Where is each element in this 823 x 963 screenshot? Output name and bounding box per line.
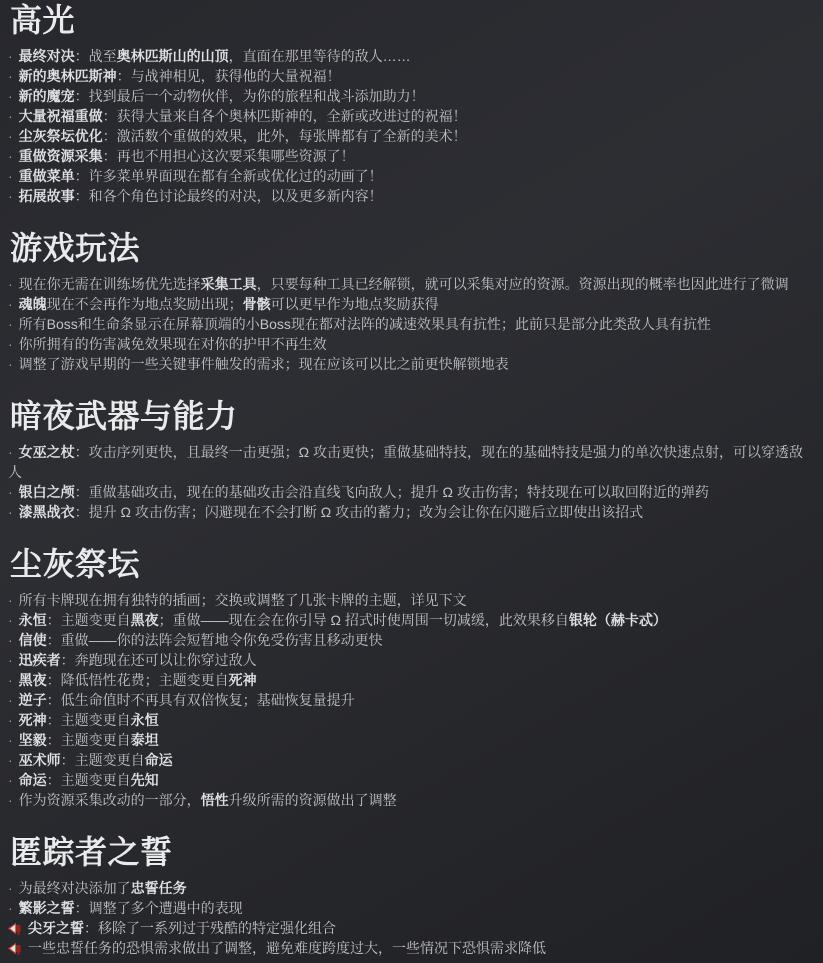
section-title: 尘灰祭坛 bbox=[10, 544, 815, 584]
bullet-dot: · bbox=[8, 770, 13, 790]
emphasis-text: 新的奥林匹斯神 bbox=[19, 68, 117, 84]
bullet-dot: · bbox=[8, 630, 13, 650]
item-text: 信使：重做——你的法阵会短暂地令你免受伤害且移动更快 bbox=[19, 632, 383, 648]
bullet-dot: · bbox=[8, 790, 13, 810]
bullet-dot: · bbox=[8, 86, 13, 106]
list-item: 一些忠誓任务的恐惧需求做出了调整，避免难度跨度过大，一些情况下恐惧需求降低 bbox=[8, 938, 815, 958]
item-text: 逆子：低生命值时不再具有双倍恢复；基础恢复量提升 bbox=[19, 692, 355, 708]
bullet-dot: · bbox=[8, 590, 13, 610]
emphasis-text: 巫术师 bbox=[19, 752, 61, 768]
list-item: ·死神：主题变更自永恒 bbox=[8, 710, 815, 730]
body-text: ：找到最后一个动物伙伴，为你的旅程和战斗添加助力！ bbox=[75, 88, 425, 104]
section-items: ·现在你无需在训练场优先选择采集工具，只要每种工具已经解锁，就可以采集对应的资源… bbox=[8, 274, 815, 374]
body-text: 调整了游戏早期的一些关键事件触发的需求；现在应该可以比之前更快解锁地表 bbox=[19, 356, 509, 372]
bullet-dot: · bbox=[8, 670, 13, 690]
item-text: 大量祝福重做：获得大量来自各个奥林匹斯神的，全新或改进过的祝福！ bbox=[19, 108, 467, 124]
body-text: ：获得大量来自各个奥林匹斯神的，全新或改进过的祝福！ bbox=[103, 108, 467, 124]
megaphone-icon bbox=[8, 938, 23, 958]
emphasis-text: 泰坦 bbox=[131, 732, 159, 748]
item-text: 为最终对决添加了忠誓任务 bbox=[19, 880, 187, 896]
section-title: 匿踪者之誓 bbox=[10, 832, 815, 872]
bullet-dot: · bbox=[8, 502, 13, 522]
list-item: ·重做资源采集：再也不用担心这次要采集哪些资源了！ bbox=[8, 146, 815, 166]
emphasis-text: 命运 bbox=[19, 772, 47, 788]
emphasis-text: 忠誓任务 bbox=[131, 880, 187, 896]
body-text: ：主题变更自 bbox=[47, 772, 131, 788]
list-item: ·尘灰祭坛优化：激活数个重做的效果，此外，每张牌都有了全新的美术！ bbox=[8, 126, 815, 146]
emphasis-text: 永恒 bbox=[131, 712, 159, 728]
bullet-dot: · bbox=[8, 442, 13, 462]
item-text: 一些忠誓任务的恐惧需求做出了调整，避免难度跨度过大，一些情况下恐惧需求降低 bbox=[28, 940, 546, 956]
item-text: 命运：主题变更自先知 bbox=[19, 772, 159, 788]
emphasis-text: 大量祝福重做 bbox=[19, 108, 103, 124]
emphasis-text: 重做菜单 bbox=[19, 168, 75, 184]
item-text: 迅疾者：奔跑现在还可以让你穿过敌人 bbox=[19, 652, 257, 668]
item-text: 魂魄现在不会再作为地点奖励出现；骨骸可以更早作为地点奖励获得 bbox=[19, 296, 439, 312]
emphasis-text: 先知 bbox=[131, 772, 159, 788]
item-text: 重做资源采集：再也不用担心这次要采集哪些资源了！ bbox=[19, 148, 355, 164]
emphasis-text: 女巫之杖 bbox=[19, 444, 75, 460]
item-text: 你所拥有的伤害减免效果现在对你的护甲不再生效 bbox=[19, 336, 327, 352]
item-text: 新的魔宠：找到最后一个动物伙伴，为你的旅程和战斗添加助力！ bbox=[19, 88, 425, 104]
item-text: 尖牙之誓：移除了一系列过于残酷的特定强化组合 bbox=[28, 920, 336, 936]
list-item: ·繁影之誓：调整了多个遭遇中的表现 bbox=[8, 898, 815, 918]
list-item: ·重做菜单：许多菜单界面现在都有全新或优化过的动画了！ bbox=[8, 166, 815, 186]
list-item: ·黑夜：降低悟性花费；主题变更自死神 bbox=[8, 670, 815, 690]
body-text: ：主题变更自 bbox=[47, 712, 131, 728]
emphasis-text: 死神 bbox=[229, 672, 257, 688]
patch-section: 匿踪者之誓 ·为最终对决添加了忠誓任务 ·繁影之誓：调整了多个遭遇中的表现 尖牙… bbox=[8, 832, 815, 958]
body-text: ：调整了多个遭遇中的表现 bbox=[75, 900, 243, 916]
body-text: ：主题变更自 bbox=[47, 612, 131, 628]
list-item: ·永恒：主题变更自黑夜；重做——现在会在你引导 Ω 招式时使周围一切减缓，此效果… bbox=[8, 610, 815, 630]
list-item: ·你所拥有的伤害减免效果现在对你的护甲不再生效 bbox=[8, 334, 815, 354]
emphasis-text: 骨骸 bbox=[243, 296, 271, 312]
bullet-dot: · bbox=[8, 610, 13, 630]
bullet-dot: · bbox=[8, 66, 13, 86]
bullet-dot: · bbox=[8, 730, 13, 750]
list-item: ·现在你无需在训练场优先选择采集工具，只要每种工具已经解锁，就可以采集对应的资源… bbox=[8, 274, 815, 294]
section-items: ·为最终对决添加了忠誓任务 ·繁影之誓：调整了多个遭遇中的表现 尖牙之誓：移除了… bbox=[8, 878, 815, 958]
body-text: ：奔跑现在还可以让你穿过敌人 bbox=[61, 652, 257, 668]
emphasis-text: 永恒 bbox=[19, 612, 47, 628]
item-text: 所有Boss和生命条显示在屏幕顶端的小Boss现在都对法阵的减速效果具有抗性；此… bbox=[19, 316, 711, 332]
list-item: 尖牙之誓：移除了一系列过于残酷的特定强化组合 bbox=[8, 918, 815, 938]
list-item: ·信使：重做——你的法阵会短暂地令你免受伤害且移动更快 bbox=[8, 630, 815, 650]
body-text: ：再也不用担心这次要采集哪些资源了！ bbox=[103, 148, 355, 164]
bullet-dot: · bbox=[8, 690, 13, 710]
bullet-dot: · bbox=[8, 650, 13, 670]
megaphone-icon bbox=[8, 918, 23, 938]
section-items: ·女巫之杖：攻击序列更快，且最终一击更强；Ω 攻击更快；重做基础特技，现在的基础… bbox=[8, 442, 815, 522]
body-text: ：主题变更自 bbox=[61, 752, 145, 768]
body-text: ：主题变更自 bbox=[47, 732, 131, 748]
body-text: ：攻击序列更快，且最终一击更强；Ω 攻击更快；重做基础特技，现在的基础特技是强力… bbox=[8, 444, 803, 480]
item-text: 黑夜：降低悟性花费；主题变更自死神 bbox=[19, 672, 257, 688]
body-text: ：与战神相见，获得他的大量祝福！ bbox=[117, 68, 341, 84]
list-item: ·银白之颅：重做基础攻击，现在的基础攻击会沿直线飞向敌人；提升 Ω 攻击伤害；特… bbox=[8, 482, 815, 502]
body-text: ：低生命值时不再具有双倍恢复；基础恢复量提升 bbox=[47, 692, 355, 708]
patch-section: 游戏玩法 ·现在你无需在训练场优先选择采集工具，只要每种工具已经解锁，就可以采集… bbox=[8, 228, 815, 374]
emphasis-text: 拓展故事 bbox=[19, 188, 75, 204]
emphasis-text: 最终对决 bbox=[19, 48, 75, 64]
body-text: 现在你无需在训练场优先选择 bbox=[19, 276, 201, 292]
body-text: 作为资源采集改动的一部分， bbox=[19, 792, 201, 808]
body-text: 升级所需的资源做出了调整 bbox=[229, 792, 397, 808]
item-text: 所有卡牌现在拥有独特的插画；交换或调整了几张卡牌的主题，详见下文 bbox=[19, 592, 467, 608]
list-item: ·命运：主题变更自先知 bbox=[8, 770, 815, 790]
patch-notes: 高光 ·最终对决：战至奥林匹斯山的山顶，直面在那里等待的敌人…… ·新的奥林匹斯… bbox=[0, 0, 823, 958]
emphasis-text: 魂魄 bbox=[19, 296, 47, 312]
item-text: 坚毅：主题变更自泰坦 bbox=[19, 732, 159, 748]
list-item: ·最终对决：战至奥林匹斯山的山顶，直面在那里等待的敌人…… bbox=[8, 46, 815, 66]
item-text: 最终对决：战至奥林匹斯山的山顶，直面在那里等待的敌人…… bbox=[19, 48, 411, 64]
bullet-dot: · bbox=[8, 146, 13, 166]
section-title: 暗夜武器与能力 bbox=[10, 396, 815, 436]
list-item: ·调整了游戏早期的一些关键事件触发的需求；现在应该可以比之前更快解锁地表 bbox=[8, 354, 815, 374]
body-text: ：和各个角色讨论最终的对决，以及更多新内容！ bbox=[75, 188, 383, 204]
list-item: ·漆黑战衣：提升 Ω 攻击伤害；闪避现在不会打断 Ω 攻击的蓄力；改为会让你在闪… bbox=[8, 502, 815, 522]
list-item: ·新的奥林匹斯神：与战神相见，获得他的大量祝福！ bbox=[8, 66, 815, 86]
item-text: 漆黑战衣：提升 Ω 攻击伤害；闪避现在不会打断 Ω 攻击的蓄力；改为会让你在闪避… bbox=[19, 504, 644, 520]
list-item: ·逆子：低生命值时不再具有双倍恢复；基础恢复量提升 bbox=[8, 690, 815, 710]
body-text: 一些忠誓任务的恐惧需求做出了调整，避免难度跨度过大，一些情况下恐惧需求降低 bbox=[28, 940, 546, 956]
bullet-dot: · bbox=[8, 482, 13, 502]
item-text: 尘灰祭坛优化：激活数个重做的效果，此外，每张牌都有了全新的美术！ bbox=[19, 128, 467, 144]
item-text: 新的奥林匹斯神：与战神相见，获得他的大量祝福！ bbox=[19, 68, 341, 84]
bullet-dot: · bbox=[8, 126, 13, 146]
section-items: ·所有卡牌现在拥有独特的插画；交换或调整了几张卡牌的主题，详见下文 ·永恒：主题… bbox=[8, 590, 815, 810]
emphasis-text: 坚毅 bbox=[19, 732, 47, 748]
body-text: 所有Boss和生命条显示在屏幕顶端的小Boss现在都对法阵的减速效果具有抗性；此… bbox=[19, 316, 711, 332]
emphasis-text: 漆黑战衣 bbox=[19, 504, 75, 520]
bullet-dot: · bbox=[8, 898, 13, 918]
body-text: ：许多菜单界面现在都有全新或优化过的动画了！ bbox=[75, 168, 383, 184]
item-text: 重做菜单：许多菜单界面现在都有全新或优化过的动画了！ bbox=[19, 168, 383, 184]
item-text: 死神：主题变更自永恒 bbox=[19, 712, 159, 728]
bullet-dot: · bbox=[8, 314, 13, 334]
body-text: 为最终对决添加了 bbox=[19, 880, 131, 896]
body-text: ：重做——你的法阵会短暂地令你免受伤害且移动更快 bbox=[47, 632, 383, 648]
list-item: ·巫术师：主题变更自命运 bbox=[8, 750, 815, 770]
patch-section: 尘灰祭坛 ·所有卡牌现在拥有独特的插画；交换或调整了几张卡牌的主题，详见下文 ·… bbox=[8, 544, 815, 810]
bullet-dot: · bbox=[8, 106, 13, 126]
bullet-dot: · bbox=[8, 750, 13, 770]
list-item: ·新的魔宠：找到最后一个动物伙伴，为你的旅程和战斗添加助力！ bbox=[8, 86, 815, 106]
list-item: ·所有Boss和生命条显示在屏幕顶端的小Boss现在都对法阵的减速效果具有抗性；… bbox=[8, 314, 815, 334]
list-item: ·为最终对决添加了忠誓任务 bbox=[8, 878, 815, 898]
list-item: ·魂魄现在不会再作为地点奖励出现；骨骸可以更早作为地点奖励获得 bbox=[8, 294, 815, 314]
item-text: 现在你无需在训练场优先选择采集工具，只要每种工具已经解锁，就可以采集对应的资源。… bbox=[19, 276, 789, 292]
body-text: ；重做——现在会在你引导 Ω 招式时使周围一切减缓，此效果移自 bbox=[159, 612, 569, 628]
emphasis-text: 尘灰祭坛优化 bbox=[19, 128, 103, 144]
item-text: 巫术师：主题变更自命运 bbox=[19, 752, 173, 768]
body-text: ：重做基础攻击，现在的基础攻击会沿直线飞向敌人；提升 Ω 攻击伤害；特技现在可以… bbox=[75, 484, 709, 500]
section-title: 高光 bbox=[10, 0, 815, 40]
list-item: ·女巫之杖：攻击序列更快，且最终一击更强；Ω 攻击更快；重做基础特技，现在的基础… bbox=[8, 442, 815, 482]
body-text: ，直面在那里等待的敌人…… bbox=[229, 48, 411, 64]
emphasis-text: 黑夜 bbox=[19, 672, 47, 688]
body-text: ，只要每种工具已经解锁，就可以采集对应的资源。资源出现的概率也因此进行了微调 bbox=[257, 276, 789, 292]
emphasis-text: 命运 bbox=[145, 752, 173, 768]
bullet-dot: · bbox=[8, 294, 13, 314]
item-text: 拓展故事：和各个角色讨论最终的对决，以及更多新内容！ bbox=[19, 188, 383, 204]
list-item: ·大量祝福重做：获得大量来自各个奥林匹斯神的，全新或改进过的祝福！ bbox=[8, 106, 815, 126]
bullet-dot: · bbox=[8, 186, 13, 206]
emphasis-text: 奥林匹斯山的山顶 bbox=[117, 48, 229, 64]
section-items: ·最终对决：战至奥林匹斯山的山顶，直面在那里等待的敌人…… ·新的奥林匹斯神：与… bbox=[8, 46, 815, 206]
emphasis-text: 悟性 bbox=[201, 792, 229, 808]
bullet-dot: · bbox=[8, 46, 13, 66]
emphasis-text: 迅疾者 bbox=[19, 652, 61, 668]
list-item: ·迅疾者：奔跑现在还可以让你穿过敌人 bbox=[8, 650, 815, 670]
body-text: 现在不会再作为地点奖励出现； bbox=[47, 296, 243, 312]
emphasis-text: 采集工具 bbox=[201, 276, 257, 292]
body-text: ：激活数个重做的效果，此外，每张牌都有了全新的美术！ bbox=[103, 128, 467, 144]
emphasis-text: 信使 bbox=[19, 632, 47, 648]
emphasis-text: 银白之颅 bbox=[19, 484, 75, 500]
body-text: ：战至 bbox=[75, 48, 117, 64]
emphasis-text: 新的魔宠 bbox=[19, 88, 75, 104]
patch-section: 高光 ·最终对决：战至奥林匹斯山的山顶，直面在那里等待的敌人…… ·新的奥林匹斯… bbox=[8, 0, 815, 206]
body-text: 可以更早作为地点奖励获得 bbox=[271, 296, 439, 312]
emphasis-text: 尖牙之誓 bbox=[28, 920, 84, 936]
body-text: ：提升 Ω 攻击伤害；闪避现在不会打断 Ω 攻击的蓄力；改为会让你在闪避后立即使… bbox=[75, 504, 644, 520]
emphasis-text: 银轮（赫卡忒） bbox=[569, 612, 667, 628]
emphasis-text: 黑夜 bbox=[131, 612, 159, 628]
item-text: 银白之颅：重做基础攻击，现在的基础攻击会沿直线飞向敌人；提升 Ω 攻击伤害；特技… bbox=[19, 484, 709, 500]
item-text: 女巫之杖：攻击序列更快，且最终一击更强；Ω 攻击更快；重做基础特技，现在的基础特… bbox=[8, 444, 803, 480]
bullet-dot: · bbox=[8, 354, 13, 374]
list-item: ·坚毅：主题变更自泰坦 bbox=[8, 730, 815, 750]
list-item: ·作为资源采集改动的一部分，悟性升级所需的资源做出了调整 bbox=[8, 790, 815, 810]
emphasis-text: 死神 bbox=[19, 712, 47, 728]
emphasis-text: 繁影之誓 bbox=[19, 900, 75, 916]
body-text: ：降低悟性花费；主题变更自 bbox=[47, 672, 229, 688]
body-text: 所有卡牌现在拥有独特的插画；交换或调整了几张卡牌的主题，详见下文 bbox=[19, 592, 467, 608]
list-item: ·拓展故事：和各个角色讨论最终的对决，以及更多新内容！ bbox=[8, 186, 815, 206]
bullet-dot: · bbox=[8, 274, 13, 294]
bullet-dot: · bbox=[8, 710, 13, 730]
body-text: ：移除了一系列过于残酷的特定强化组合 bbox=[84, 920, 336, 936]
emphasis-text: 重做资源采集 bbox=[19, 148, 103, 164]
patch-section: 暗夜武器与能力 ·女巫之杖：攻击序列更快，且最终一击更强；Ω 攻击更快；重做基础… bbox=[8, 396, 815, 522]
item-text: 永恒：主题变更自黑夜；重做——现在会在你引导 Ω 招式时使周围一切减缓，此效果移… bbox=[19, 612, 667, 628]
bullet-dot: · bbox=[8, 334, 13, 354]
list-item: ·所有卡牌现在拥有独特的插画；交换或调整了几张卡牌的主题，详见下文 bbox=[8, 590, 815, 610]
item-text: 调整了游戏早期的一些关键事件触发的需求；现在应该可以比之前更快解锁地表 bbox=[19, 356, 509, 372]
bullet-dot: · bbox=[8, 878, 13, 898]
item-text: 作为资源采集改动的一部分，悟性升级所需的资源做出了调整 bbox=[19, 792, 397, 808]
section-title: 游戏玩法 bbox=[10, 228, 815, 268]
item-text: 繁影之誓：调整了多个遭遇中的表现 bbox=[19, 900, 243, 916]
emphasis-text: 逆子 bbox=[19, 692, 47, 708]
bullet-dot: · bbox=[8, 166, 13, 186]
body-text: 你所拥有的伤害减免效果现在对你的护甲不再生效 bbox=[19, 336, 327, 352]
